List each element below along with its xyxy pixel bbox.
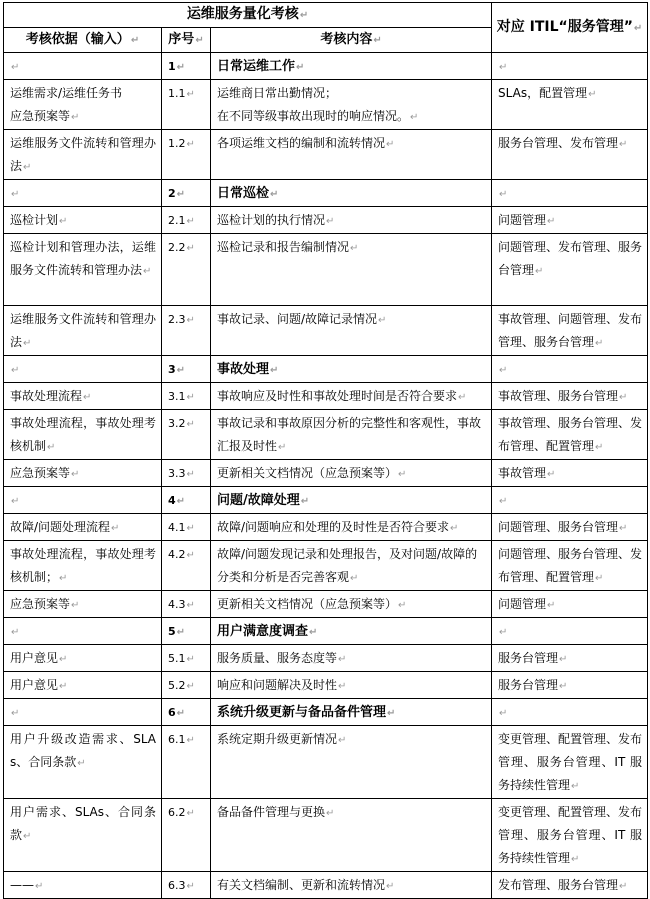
cell-content: 巡检计划的执行情况↵ [211, 207, 492, 234]
paragraph-mark-icon: ↵ [535, 266, 543, 277]
cell-seq-text: 4.2 [168, 548, 186, 561]
cell-seq: 2.3↵ [162, 306, 211, 356]
column-header-seq: 序号↵ [162, 28, 211, 53]
itil-header-text: 对应 ITIL“服务管理” [497, 19, 633, 35]
paragraph-mark-icon: ↵ [177, 189, 185, 200]
cell-basis: 巡检计划和管理办法，运维服务文件流转和管理办法↵ [4, 234, 162, 306]
cell-itil: 问题管理、服务台管理↵ [492, 514, 648, 541]
paragraph-mark-icon: ↵ [187, 392, 195, 403]
cell-seq-text: 2.1 [168, 214, 186, 227]
paragraph-mark-icon: ↵ [83, 392, 91, 403]
section-row: ↵2↵日常巡检↵↵ [4, 180, 648, 207]
section-row: ↵6↵系统升级更新与备品备件管理↵↵ [4, 699, 648, 726]
paragraph-mark-icon: ↵ [595, 573, 603, 584]
paragraph-mark-icon: ↵ [386, 139, 394, 150]
cell-content-text: 系统升级更新与备品备件管理 [217, 705, 386, 720]
cell-seq-text: 1 [168, 60, 176, 73]
paragraph-mark-icon: ↵ [326, 808, 334, 819]
table-row: 事故处理流程↵3.1↵事故响应及时性和事故处理时间是否符合要求↵事故管理、服务台… [4, 383, 648, 410]
cell-content: 巡检记录和报告编制情况↵ [211, 234, 492, 306]
cell-seq: 3.2↵ [162, 410, 211, 460]
kpi-assessment-table: 运维服务量化考核↵ 对应 ITIL“服务管理”↵ 考核依据（输入）↵ 序号↵ 考… [3, 2, 648, 826]
cell-basis-text: 应急预案等 [10, 597, 70, 611]
cell-seq-text: 2.3 [168, 313, 186, 326]
paragraph-mark-icon: ↵ [187, 243, 195, 254]
cell-seq-text: 6 [168, 706, 176, 719]
cell-itil-text: 问题管理、服务台管理 [498, 520, 618, 534]
cell-itil: 事故管理、问题管理、发布管理、服务台管理↵ [492, 306, 648, 356]
cell-basis: ↵ [4, 356, 162, 383]
cell-content: 日常巡检↵ [211, 180, 492, 207]
cell-seq: 3.1↵ [162, 383, 211, 410]
cell-seq: 5↵ [162, 618, 211, 645]
cell-seq: 5.1↵ [162, 645, 211, 672]
cell-seq: 1↵ [162, 53, 211, 80]
cell-itil-text: 服务台管理 [498, 651, 558, 665]
paragraph-mark-icon: ↵ [177, 708, 185, 719]
cell-basis-text: 运维服务文件流转和管理办法 [10, 312, 156, 349]
cell-itil-text: 事故管理、服务台管理 [498, 389, 618, 403]
paragraph-mark-icon: ↵ [71, 112, 79, 123]
paragraph-mark-icon: ↵ [187, 654, 195, 665]
paragraph-mark-icon: ↵ [619, 523, 627, 534]
table-row: 运维需求/运维任务书 应急预案等↵1.1↵运维商日常出勤情况； 在不同等级事故出… [4, 80, 648, 130]
cell-seq: 4.2↵ [162, 541, 211, 591]
paragraph-mark-icon: ↵ [11, 708, 19, 719]
cell-basis-text: 用户意见 [10, 651, 58, 665]
cell-seq: 1.1↵ [162, 80, 211, 130]
paragraph-mark-icon: ↵ [619, 392, 627, 403]
cell-content-text: 日常巡检 [217, 186, 269, 201]
cell-seq: 6↵ [162, 699, 211, 726]
paragraph-mark-icon: ↵ [595, 442, 603, 453]
cell-basis: ↵ [4, 699, 162, 726]
table-row: 应急预案等↵4.3↵更新相关文档情况（应急预案等）↵问题管理↵ [4, 591, 648, 618]
paragraph-mark-icon: ↵ [338, 735, 346, 746]
cell-itil: 服务台管理、发布管理↵ [492, 130, 648, 180]
cell-basis-text: 应急预案等 [10, 466, 70, 480]
cell-content: 用户满意度调查↵ [211, 618, 492, 645]
cell-content: 系统定期升级更新情况↵ [211, 726, 492, 799]
table-title-text: 运维服务量化考核 [187, 6, 299, 22]
cell-seq: 6.2↵ [162, 799, 211, 827]
paragraph-mark-icon: ↵ [499, 708, 507, 719]
cell-seq: 2.1↵ [162, 207, 211, 234]
cell-itil-text: 问题管理、服务台管理、发布管理、配置管理 [498, 547, 642, 584]
paragraph-mark-icon: ↵ [296, 62, 304, 73]
cell-basis: 用户升级改造需求、SLAs、合同条款↵ [4, 726, 162, 799]
paragraph-mark-icon: ↵ [11, 627, 19, 638]
paragraph-mark-icon: ↵ [187, 469, 195, 480]
paragraph-mark-icon: ↵ [187, 681, 195, 692]
title-row: 运维服务量化考核↵ 对应 ITIL“服务管理”↵ [4, 3, 648, 28]
cell-itil: ↵ [492, 180, 648, 207]
cell-content: 更新相关文档情况（应急预案等）↵ [211, 591, 492, 618]
paragraph-mark-icon: ↵ [177, 496, 185, 507]
table-row: 用户升级改造需求、SLAs、合同条款↵6.1↵系统定期升级更新情况↵变更管理、配… [4, 726, 648, 799]
paragraph-mark-icon: ↵ [177, 365, 185, 376]
paragraph-mark-icon: ↵ [23, 338, 31, 349]
cell-content-text: 服务质量、服务态度等 [217, 651, 337, 665]
cell-content: 系统升级更新与备品备件管理↵ [211, 699, 492, 726]
paragraph-mark-icon: ↵ [177, 627, 185, 638]
cell-content: 响应和问题解决及时性↵ [211, 672, 492, 699]
cell-seq-text: 4.3 [168, 598, 186, 611]
paragraph-mark-icon: ↵ [499, 189, 507, 200]
cell-itil-text: 服务台管理、发布管理 [498, 136, 618, 150]
paragraph-mark-icon: ↵ [499, 496, 507, 507]
cell-basis-text: 故障/问题处理流程 [10, 520, 110, 534]
paragraph-mark-icon: ↵ [300, 10, 308, 21]
paragraph-mark-icon: ↵ [559, 654, 567, 665]
cell-itil: 事故管理、服务台管理↵ [492, 383, 648, 410]
cell-basis-text: 巡检计划和管理办法，运维服务文件流转和管理办法 [10, 240, 156, 277]
cell-content-text: 响应和问题解决及时性 [217, 678, 337, 692]
column-header-basis-text: 考核依据（输入） [26, 32, 130, 47]
paragraph-mark-icon: ↵ [309, 627, 317, 638]
cell-content: 事故处理↵ [211, 356, 492, 383]
paragraph-mark-icon: ↵ [571, 781, 579, 792]
cell-seq: 4.1↵ [162, 514, 211, 541]
cell-content-text: 巡检记录和报告编制情况 [217, 240, 349, 254]
cell-content: 更新相关文档情况（应急预案等）↵ [211, 460, 492, 487]
paragraph-mark-icon: ↵ [71, 469, 79, 480]
cell-itil: 问题管理↵ [492, 207, 648, 234]
column-header-seq-text: 序号 [168, 32, 194, 47]
paragraph-mark-icon: ↵ [595, 338, 603, 349]
cell-content-text: 运维商日常出勤情况； 在不同等级事故出现时的响应情况。 [217, 86, 409, 123]
cell-basis-text: 运维需求/运维任务书 应急预案等 [10, 86, 122, 123]
cell-basis: 应急预案等↵ [4, 460, 162, 487]
paragraph-mark-icon: ↵ [499, 62, 507, 73]
cell-content-text: 事故响应及时性和事故处理时间是否符合要求 [217, 389, 457, 403]
cell-basis: 事故处理流程↵ [4, 383, 162, 410]
cell-itil-text: 变更管理、配置管理、发布管理、服务台管理、IT 服务持续性管理 [498, 805, 642, 826]
paragraph-mark-icon: ↵ [187, 89, 195, 100]
cell-itil-text: 事故管理、服务台管理、发布管理、配置管理 [498, 416, 642, 453]
cell-basis: 运维需求/运维任务书 应急预案等↵ [4, 80, 162, 130]
paragraph-mark-icon: ↵ [177, 62, 185, 73]
table-row: 用户意见↵5.2↵响应和问题解决及时性↵服务台管理↵ [4, 672, 648, 699]
cell-content: 备品备件管理与更换↵ [211, 799, 492, 827]
paragraph-mark-icon: ↵ [47, 442, 55, 453]
cell-seq: 6.1↵ [162, 726, 211, 799]
cell-seq: 4.3↵ [162, 591, 211, 618]
paragraph-mark-icon: ↵ [559, 681, 567, 692]
section-row: ↵5↵用户满意度调查↵↵ [4, 618, 648, 645]
table-row: 巡检计划和管理办法，运维服务文件流转和管理办法↵2.2↵巡检记录和报告编制情况↵… [4, 234, 648, 306]
paragraph-mark-icon: ↵ [187, 139, 195, 150]
table-row: 运维服务文件流转和管理办法↵1.2↵各项运维文档的编制和流转情况↵服务台管理、发… [4, 130, 648, 180]
cell-basis: ↵ [4, 618, 162, 645]
cell-itil-text: 服务台管理 [498, 678, 558, 692]
cell-basis: 运维服务文件流转和管理办法↵ [4, 306, 162, 356]
table-row: 巡检计划↵2.1↵巡检计划的执行情况↵问题管理↵ [4, 207, 648, 234]
paragraph-mark-icon: ↵ [373, 35, 381, 46]
cell-itil: ↵ [492, 356, 648, 383]
cell-content: 故障/问题发现记录和处理报告，及对问题/故障的分类和分析是否完善客观↵ [211, 541, 492, 591]
cell-seq-text: 4 [168, 494, 176, 507]
cell-content: 运维商日常出勤情况； 在不同等级事故出现时的响应情况。↵ [211, 80, 492, 130]
column-header-basis: 考核依据（输入）↵ [4, 28, 162, 53]
paragraph-mark-icon: ↵ [338, 681, 346, 692]
paragraph-mark-icon: ↵ [499, 627, 507, 638]
cell-seq-text: 6.2 [168, 806, 186, 819]
cell-basis: 巡检计划↵ [4, 207, 162, 234]
cell-basis-text: 用户需求、SLAs、合同条款 [10, 805, 156, 826]
paragraph-mark-icon: ↵ [187, 600, 195, 611]
paragraph-mark-icon: ↵ [11, 496, 19, 507]
cell-itil: 事故管理、服务台管理、发布管理、配置管理↵ [492, 410, 648, 460]
paragraph-mark-icon: ↵ [350, 573, 358, 584]
cell-content-text: 巡检计划的执行情况 [217, 213, 325, 227]
cell-content-text: 故障/问题响应和处理的及时性是否符合要求 [217, 520, 449, 534]
table-row: 用户需求、SLAs、合同条款↵6.2↵备品备件管理与更换↵变更管理、配置管理、发… [4, 799, 648, 827]
cell-content: 问题/故障处理↵ [211, 487, 492, 514]
cell-seq-text: 3.3 [168, 467, 186, 480]
cell-basis: ↵ [4, 180, 162, 207]
cell-basis: 用户意见↵ [4, 645, 162, 672]
section-row: ↵3↵事故处理↵↵ [4, 356, 648, 383]
paragraph-mark-icon: ↵ [187, 216, 195, 227]
cell-itil: 问题管理、发布管理、服务台管理↵ [492, 234, 648, 306]
cell-itil-text: 问题管理、发布管理、服务台管理 [498, 240, 642, 277]
cell-seq-text: 2 [168, 187, 176, 200]
table-row: 运维服务文件流转和管理办法↵2.3↵事故记录、问题/故障记录情况↵事故管理、问题… [4, 306, 648, 356]
cell-seq: 2↵ [162, 180, 211, 207]
paragraph-mark-icon: ↵ [59, 654, 67, 665]
cell-itil-text: 事故管理 [498, 466, 546, 480]
cell-itil: 服务台管理↵ [492, 645, 648, 672]
cell-content-text: 事故记录、问题/故障记录情况 [217, 312, 377, 326]
paragraph-mark-icon: ↵ [195, 35, 203, 46]
cell-content: 服务质量、服务态度等↵ [211, 645, 492, 672]
cell-itil: 问题管理↵ [492, 591, 648, 618]
paragraph-mark-icon: ↵ [187, 808, 195, 819]
paragraph-mark-icon: ↵ [278, 442, 286, 453]
paragraph-mark-icon: ↵ [619, 139, 627, 150]
cell-basis: 故障/问题处理流程↵ [4, 514, 162, 541]
cell-content: 事故响应及时性和事故处理时间是否符合要求↵ [211, 383, 492, 410]
paragraph-mark-icon: ↵ [11, 62, 19, 73]
paragraph-mark-icon: ↵ [23, 162, 31, 173]
cell-itil: 变更管理、配置管理、发布管理、服务台管理、IT 服务持续性管理↵ [492, 726, 648, 799]
cell-basis-text: 巡检计划 [10, 213, 58, 227]
section-row: ↵4↵问题/故障处理↵↵ [4, 487, 648, 514]
cell-itil: ↵ [492, 53, 648, 80]
cell-content-text: 事故处理 [217, 362, 269, 377]
cell-content-text: 更新相关文档情况（应急预案等） [217, 597, 397, 611]
paragraph-mark-icon: ↵ [338, 654, 346, 665]
paragraph-mark-icon: ↵ [187, 315, 195, 326]
cell-itil: SLAs，配置管理↵ [492, 80, 648, 130]
cell-seq: 4↵ [162, 487, 211, 514]
cell-itil: 问题管理、服务台管理、发布管理、配置管理↵ [492, 541, 648, 591]
cell-itil-text: 事故管理、问题管理、发布管理、服务台管理 [498, 312, 642, 349]
paragraph-mark-icon: ↵ [410, 112, 418, 123]
cell-basis: 事故处理流程，事故处理考核机制；↵ [4, 541, 162, 591]
paragraph-mark-icon: ↵ [270, 365, 278, 376]
paragraph-mark-icon: ↵ [378, 315, 386, 326]
cell-itil-text: 问题管理 [498, 213, 546, 227]
cell-basis-text: 事故处理流程，事故处理考核机制； [10, 547, 156, 584]
cell-itil: 服务台管理↵ [492, 672, 648, 699]
paragraph-mark-icon: ↵ [450, 523, 458, 534]
cell-basis: ↵ [4, 53, 162, 80]
cell-itil-text: 问题管理 [498, 597, 546, 611]
paragraph-mark-icon: ↵ [143, 266, 151, 277]
paragraph-mark-icon: ↵ [131, 35, 139, 46]
cell-basis: 用户意见↵ [4, 672, 162, 699]
cell-basis: 用户需求、SLAs、合同条款↵ [4, 799, 162, 827]
itil-header: 对应 ITIL“服务管理”↵ [492, 3, 648, 53]
cell-content: 各项运维文档的编制和流转情况↵ [211, 130, 492, 180]
paragraph-mark-icon: ↵ [634, 23, 642, 34]
cell-content: 故障/问题响应和处理的及时性是否符合要求↵ [211, 514, 492, 541]
paragraph-mark-icon: ↵ [458, 392, 466, 403]
cell-seq: 3.3↵ [162, 460, 211, 487]
table-row: 应急预案等↵3.3↵更新相关文档情况（应急预案等）↵事故管理↵ [4, 460, 648, 487]
cell-content: 事故记录和事故原因分析的完整性和客观性，事故汇报及时性↵ [211, 410, 492, 460]
table-title: 运维服务量化考核↵ [4, 3, 492, 28]
paragraph-mark-icon: ↵ [588, 89, 596, 100]
cell-seq: 3↵ [162, 356, 211, 383]
paragraph-mark-icon: ↵ [387, 708, 395, 719]
paragraph-mark-icon: ↵ [59, 681, 67, 692]
cell-seq-text: 6.1 [168, 733, 186, 746]
cell-basis-text: 事故处理流程 [10, 389, 82, 403]
cell-basis: 事故处理流程，事故处理考核机制↵ [4, 410, 162, 460]
paragraph-mark-icon: ↵ [111, 523, 119, 534]
paragraph-mark-icon: ↵ [11, 189, 19, 200]
paragraph-mark-icon: ↵ [59, 216, 67, 227]
table-row: 事故处理流程，事故处理考核机制；↵4.2↵故障/问题发现记录和处理报告，及对问题… [4, 541, 648, 591]
paragraph-mark-icon: ↵ [547, 469, 555, 480]
cell-seq-text: 5 [168, 625, 176, 638]
cell-seq: 1.2↵ [162, 130, 211, 180]
cell-content-text: 日常运维工作 [217, 59, 295, 74]
cell-seq: 5.2↵ [162, 672, 211, 699]
cell-itil: 事故管理↵ [492, 460, 648, 487]
paragraph-mark-icon: ↵ [270, 189, 278, 200]
cell-seq-text: 1.1 [168, 87, 186, 100]
cell-basis-text: 用户意见 [10, 678, 58, 692]
cell-seq-text: 1.2 [168, 137, 186, 150]
cell-itil-text: SLAs，配置管理 [498, 86, 587, 100]
cell-seq-text: 5.2 [168, 679, 186, 692]
paragraph-mark-icon: ↵ [547, 600, 555, 611]
paragraph-mark-icon: ↵ [350, 243, 358, 254]
cell-seq-text: 4.1 [168, 521, 186, 534]
cell-content-text: 用户满意度调查 [217, 624, 308, 639]
cell-basis: 应急预案等↵ [4, 591, 162, 618]
cell-content-text: 问题/故障处理 [217, 493, 300, 508]
paragraph-mark-icon: ↵ [187, 735, 195, 746]
cell-content-text: 故障/问题发现记录和处理报告，及对问题/故障的分类和分析是否完善客观 [217, 547, 477, 584]
paragraph-mark-icon: ↵ [187, 550, 195, 561]
cell-seq: 2.2↵ [162, 234, 211, 306]
cell-itil: 变更管理、配置管理、发布管理、服务台管理、IT 服务持续性管理↵ [492, 799, 648, 827]
cell-basis: 运维服务文件流转和管理办法↵ [4, 130, 162, 180]
cell-seq-text: 3.1 [168, 390, 186, 403]
paragraph-mark-icon: ↵ [59, 573, 67, 584]
paragraph-mark-icon: ↵ [547, 216, 555, 227]
table-row: 事故处理流程，事故处理考核机制↵3.2↵事故记录和事故原因分析的完整性和客观性，… [4, 410, 648, 460]
cell-seq-text: 3.2 [168, 417, 186, 430]
cell-content: 事故记录、问题/故障记录情况↵ [211, 306, 492, 356]
cell-content-text: 系统定期升级更新情况 [217, 732, 337, 746]
cell-seq-text: 3 [168, 363, 176, 376]
cell-itil: ↵ [492, 487, 648, 514]
cell-basis: ↵ [4, 487, 162, 514]
cell-content-text: 事故记录和事故原因分析的完整性和客观性，事故汇报及时性 [217, 416, 481, 453]
column-header-content: 考核内容↵ [211, 28, 492, 53]
cell-seq-text: 5.1 [168, 652, 186, 665]
cell-basis-text: 事故处理流程，事故处理考核机制 [10, 416, 156, 453]
cell-itil: ↵ [492, 699, 648, 726]
table-row: 用户意见↵5.1↵服务质量、服务态度等↵服务台管理↵ [4, 645, 648, 672]
paragraph-mark-icon: ↵ [398, 600, 406, 611]
paragraph-mark-icon: ↵ [301, 496, 309, 507]
paragraph-mark-icon: ↵ [71, 600, 79, 611]
cell-content-text: 各项运维文档的编制和流转情况 [217, 136, 385, 150]
paragraph-mark-icon: ↵ [326, 216, 334, 227]
cell-content-text: 备品备件管理与更换 [217, 805, 325, 819]
paragraph-mark-icon: ↵ [499, 365, 507, 376]
section-row: ↵1↵日常运维工作↵↵ [4, 53, 648, 80]
paragraph-mark-icon: ↵ [11, 365, 19, 376]
paragraph-mark-icon: ↵ [187, 419, 195, 430]
paragraph-mark-icon: ↵ [77, 758, 85, 769]
cell-seq-text: 2.2 [168, 241, 186, 254]
cell-basis-text: 运维服务文件流转和管理办法 [10, 136, 156, 173]
cell-content-text: 更新相关文档情况（应急预案等） [217, 466, 397, 480]
table-row: 故障/问题处理流程↵4.1↵故障/问题响应和处理的及时性是否符合要求↵问题管理、… [4, 514, 648, 541]
cell-itil: ↵ [492, 618, 648, 645]
paragraph-mark-icon: ↵ [187, 523, 195, 534]
column-header-content-text: 考核内容 [320, 32, 372, 47]
cell-content: 日常运维工作↵ [211, 53, 492, 80]
paragraph-mark-icon: ↵ [398, 469, 406, 480]
